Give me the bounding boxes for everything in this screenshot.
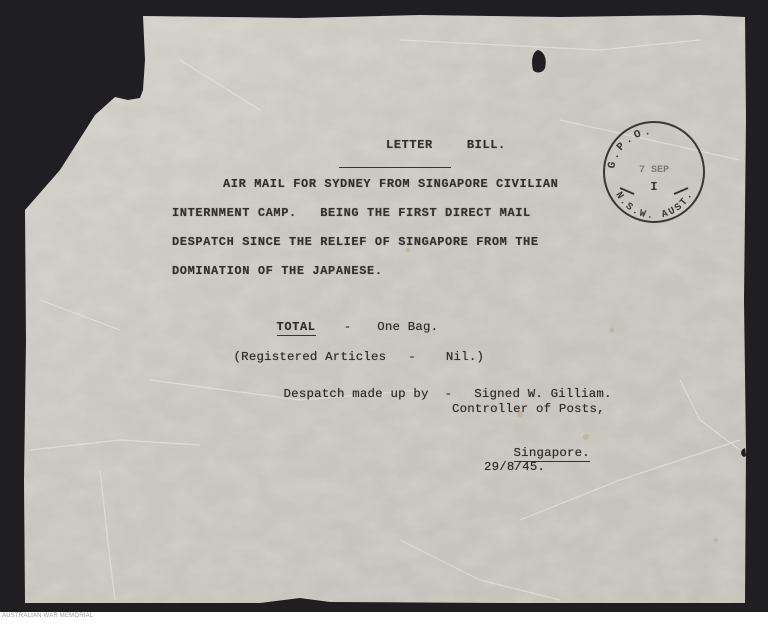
registered-label: (Registered Articles xyxy=(234,350,387,364)
despatch-dash: - xyxy=(445,387,453,401)
svg-text:N.S.W. AUST.: N.S.W. AUST. xyxy=(612,189,696,222)
body-line-2: INTERNMENT CAMP. BEING THE FIRST DIRECT … xyxy=(172,206,531,220)
total-value: One Bag. xyxy=(377,320,438,334)
signatory-title: Controller of Posts, xyxy=(452,402,605,416)
body-line-4: DOMINATION OF THE JAPANESE. xyxy=(172,264,383,278)
registered-row: (Registered Articles-Nil.) xyxy=(203,336,484,378)
registered-value: Nil.) xyxy=(446,350,484,364)
title-word-bill: BILL. xyxy=(467,138,506,152)
postmark-date: 7 SEP xyxy=(639,165,669,176)
total-dash: - xyxy=(344,320,352,334)
postmark-centre-mark: I xyxy=(650,180,657,194)
postmark-stamp: G.P.O. N.S.W. AUST. 7 SEP I xyxy=(600,118,708,226)
document-title: LETTERBILL. xyxy=(308,110,451,182)
title-word-letter: LETTER xyxy=(386,138,433,152)
registered-dash: - xyxy=(408,350,416,364)
footer-institution-label: AUSTRALIAN WAR MEMORIAL xyxy=(2,613,93,619)
footer-bar: AUSTRALIAN WAR MEMORIAL xyxy=(0,612,768,625)
total-label: TOTAL xyxy=(277,320,316,336)
body-line-1: AIR MAIL FOR SYDNEY FROM SINGAPORE CIVIL… xyxy=(223,177,558,191)
scanned-document-area: LETTERBILL. AIR MAIL FOR SYDNEY FROM SIN… xyxy=(0,0,768,612)
body-line-3: DESPATCH SINCE THE RELIEF OF SINGAPORE F… xyxy=(172,235,539,249)
svg-text:G.P.O.: G.P.O. xyxy=(606,126,654,170)
despatch-label: Despatch made up by xyxy=(284,387,429,401)
postmark-top-text: G.P.O. xyxy=(606,126,654,170)
postmark-bottom-text: N.S.W. AUST. xyxy=(612,189,696,222)
document-date: 29/8/45. xyxy=(484,460,545,474)
signed-by: Signed W. Gilliam. xyxy=(474,387,611,401)
